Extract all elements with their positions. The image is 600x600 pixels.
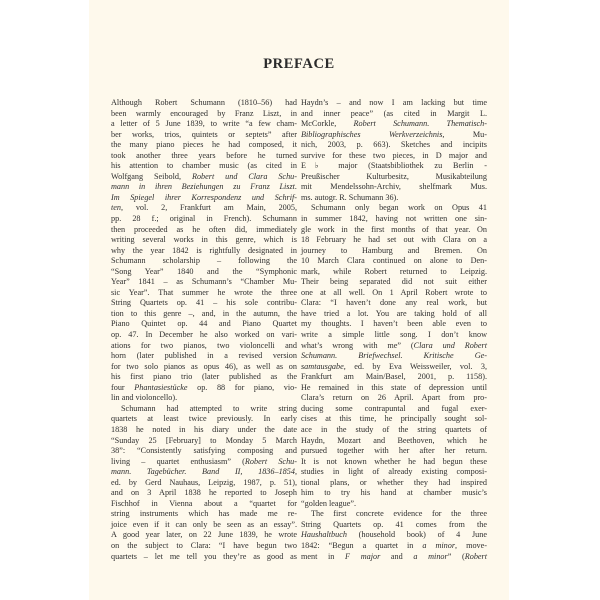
text-line: Year” 1841 – as Schumann’s “Chamber Mu- [111, 277, 297, 288]
paragraph: The first concrete evidence for the thre… [301, 509, 487, 562]
text-line: then proceeded as he often did, immediat… [111, 225, 297, 236]
text-line: McCorkle, Robert Schumann. Thematisch- [301, 119, 487, 130]
text-line: tion to this genre –, and, in the autumn… [111, 309, 297, 320]
text-line: Schumann. Briefwechsel. Kritische Ge- [301, 351, 487, 362]
text-line: tional plans, or whether they had inspir… [301, 478, 487, 489]
right-column: Haydn’s – and now I am lacking but timea… [301, 98, 487, 562]
text-line: have tried a lot. You are taking hold of… [301, 309, 487, 320]
text-line: “Song Year” 1840 and the “Symphonic [111, 267, 297, 278]
text-line: Haydn’s – and now I am lacking but time [301, 98, 487, 109]
text-line: joice even if it can only be seen as an … [111, 520, 297, 531]
text-line: nich, 2003, p. 663). Sketches and incipi… [301, 140, 487, 151]
text-line: Piano Quintet op. 44 and Piano Quartet [111, 319, 297, 330]
text-line: ace in the study of the string quartets … [301, 425, 487, 436]
text-line: mann in ihren Beziehungen zu Franz Liszt… [111, 182, 297, 193]
text-line: Wolfgang Seibold, Robert und Clara Schu- [111, 172, 297, 183]
text-line: string instruments which has made me re- [111, 509, 297, 520]
text-line: ms. autogr. R. Schumann 36). [301, 193, 487, 204]
text-line: Clara: “I haven’t done any real work, bu… [301, 298, 487, 309]
text-line: one at all well. On 1 April Robert wrote… [301, 288, 487, 299]
text-line: write a simple little song. I don’t know [301, 330, 487, 341]
text-line: my thoughts. I haven’t been able even to [301, 319, 487, 330]
text-line: 1842: “Begun a quartet in a minor, move- [301, 541, 487, 552]
text-line: for two solo pianos as opus 46), as well… [111, 362, 297, 373]
text-line: pursued together with her after her retu… [301, 446, 487, 457]
text-line: studies in light of already existing com… [301, 467, 487, 478]
text-line: writing several works in this genre, whi… [111, 235, 297, 246]
text-line: ed. by Gerd Nauhaus, Leipzig, 1987, p. 5… [111, 478, 297, 489]
text-line: A good year later, on 22 June 1839, he w… [111, 530, 297, 541]
text-line: ment in F major and a minor” (Robert [301, 552, 487, 563]
text-line: Im Spiegel ihrer Korrespondenz und Schri… [111, 193, 297, 204]
text-line: E♭ major (Staatsbibliothek zu Berlin - [301, 161, 487, 172]
text-line: quartets at least twice previously. In e… [111, 414, 297, 425]
text-line: mit Mendelssohn-Archiv, shelfmark Mus. [301, 182, 487, 193]
text-line: his attention to chamber music (as cited… [111, 161, 297, 172]
text-line: sic Year”. That summer he wrote the thre… [111, 288, 297, 299]
text-line: Schumann scholarship – following the [111, 256, 297, 267]
text-line: Haushaltbuch (household book) of 4 June [301, 530, 487, 541]
text-line: and on 3 April 1838 he reported to Josep… [111, 488, 297, 499]
text-line: journey to Hamburg and Bremen. On [301, 246, 487, 257]
text-line: 1838 he noted in his diary under the dat… [111, 425, 297, 436]
text-line: quartets – let me tell you they’re as go… [111, 552, 297, 563]
text-line: the many piano pieces he had composed, i… [111, 140, 297, 151]
text-line: ten, vol. 2, Frankfurt am Main, 2005, [111, 203, 297, 214]
text-line: been warmly encouraged by Franz Liszt, i… [111, 109, 297, 120]
text-line: Frankfurt am Main/Basel, 2001, p. 1158). [301, 372, 487, 383]
text-line: four Phantasiestücke op. 88 for piano, v… [111, 383, 297, 394]
text-line: It is not known whether he had begun the… [301, 457, 487, 468]
text-line: lin and violoncello). [111, 393, 297, 404]
text-line: ducing some contrapuntal and fugal exer- [301, 404, 487, 415]
text-line: String Quartets op. 41 – his sole contri… [111, 298, 297, 309]
text-line: living – quartet enthusiasm” (Robert Sch… [111, 457, 297, 468]
text-line: ations for two pianos, two violoncelli a… [111, 341, 297, 352]
text-line: survive for these two pieces, in D major… [301, 151, 487, 162]
text-line: The first concrete evidence for the thre… [301, 509, 487, 520]
text-line: horn (later published in a revised versi… [111, 351, 297, 362]
text-line: Preußischer Kulturbesitz, Musikabteilung [301, 172, 487, 183]
document-page: PREFACE Although Robert Schumann (1810–5… [89, 0, 509, 600]
text-line: samtausgabe, ed. by Eva Weissweiler, vol… [301, 362, 487, 373]
text-line: cises at this time, he principally sough… [301, 414, 487, 425]
text-line: gle work in the first months of that yea… [301, 225, 487, 236]
text-line: “golden league”. [301, 499, 487, 510]
text-line: ber works, trios, quintets or septets” a… [111, 130, 297, 141]
paragraph: Although Robert Schumann (1810–56) hadbe… [111, 98, 297, 404]
paragraph: Schumann only began work on Opus 41in su… [301, 203, 487, 509]
text-line: his first piano trio (later published as… [111, 372, 297, 383]
text-line: Schumann had attempted to write string [111, 404, 297, 415]
text-line: took another three years before he turne… [111, 151, 297, 162]
text-line: mark, while Robert returned to Leipzig. [301, 267, 487, 278]
text-line: String Quartets op. 41 comes from the [301, 520, 487, 531]
text-line: 38”: “Consistently satisfying composing … [111, 446, 297, 457]
text-line: Haydn, Mozart and Beethoven, which he [301, 436, 487, 447]
text-line: mann. Tagebücher. Band II, 1836–1854, [111, 467, 297, 478]
paragraph: Schumann had attempted to write stringqu… [111, 404, 297, 562]
text-line: 10 March Clara continued on alone to Den… [301, 256, 487, 267]
text-line: “Sunday 25 [February] to Monday 5 March [111, 436, 297, 447]
page-title: PREFACE [89, 56, 509, 73]
text-line: Bibliographisches Werkverzeichnis, Mu- [301, 130, 487, 141]
text-line: Clara’s return on 26 April. Apart from p… [301, 393, 487, 404]
text-line: Although Robert Schumann (1810–56) had [111, 98, 297, 109]
text-line: a letter of 5 June 1839, to write “a few… [111, 119, 297, 130]
text-line: what’s wrong with me” (Clara und Robert [301, 341, 487, 352]
text-line: Schumann only began work on Opus 41 [301, 203, 487, 214]
text-line: him to try his hand at chamber music’s [301, 488, 487, 499]
left-column: Although Robert Schumann (1810–56) hadbe… [111, 98, 297, 562]
text-line: and inner peace” (as cited in Margit L. [301, 109, 487, 120]
text-line: Fischhof in Vienna about a “quartet for [111, 499, 297, 510]
text-line: why the year 1842 is rightfully designat… [111, 246, 297, 257]
text-line: in summer 1842, having not written one s… [301, 214, 487, 225]
text-line: He remained in this state of depression … [301, 383, 487, 394]
text-line: op. 47. In December he also worked on va… [111, 330, 297, 341]
text-line: 18 February he had set out with Clara on… [301, 235, 487, 246]
text-line: on the subject to Clara: “I have begun t… [111, 541, 297, 552]
paragraph: Haydn’s – and now I am lacking but timea… [301, 98, 487, 203]
text-line: pp. 28 f.; original in French). Schumann [111, 214, 297, 225]
text-line: Their being separated did not suit eithe… [301, 277, 487, 288]
